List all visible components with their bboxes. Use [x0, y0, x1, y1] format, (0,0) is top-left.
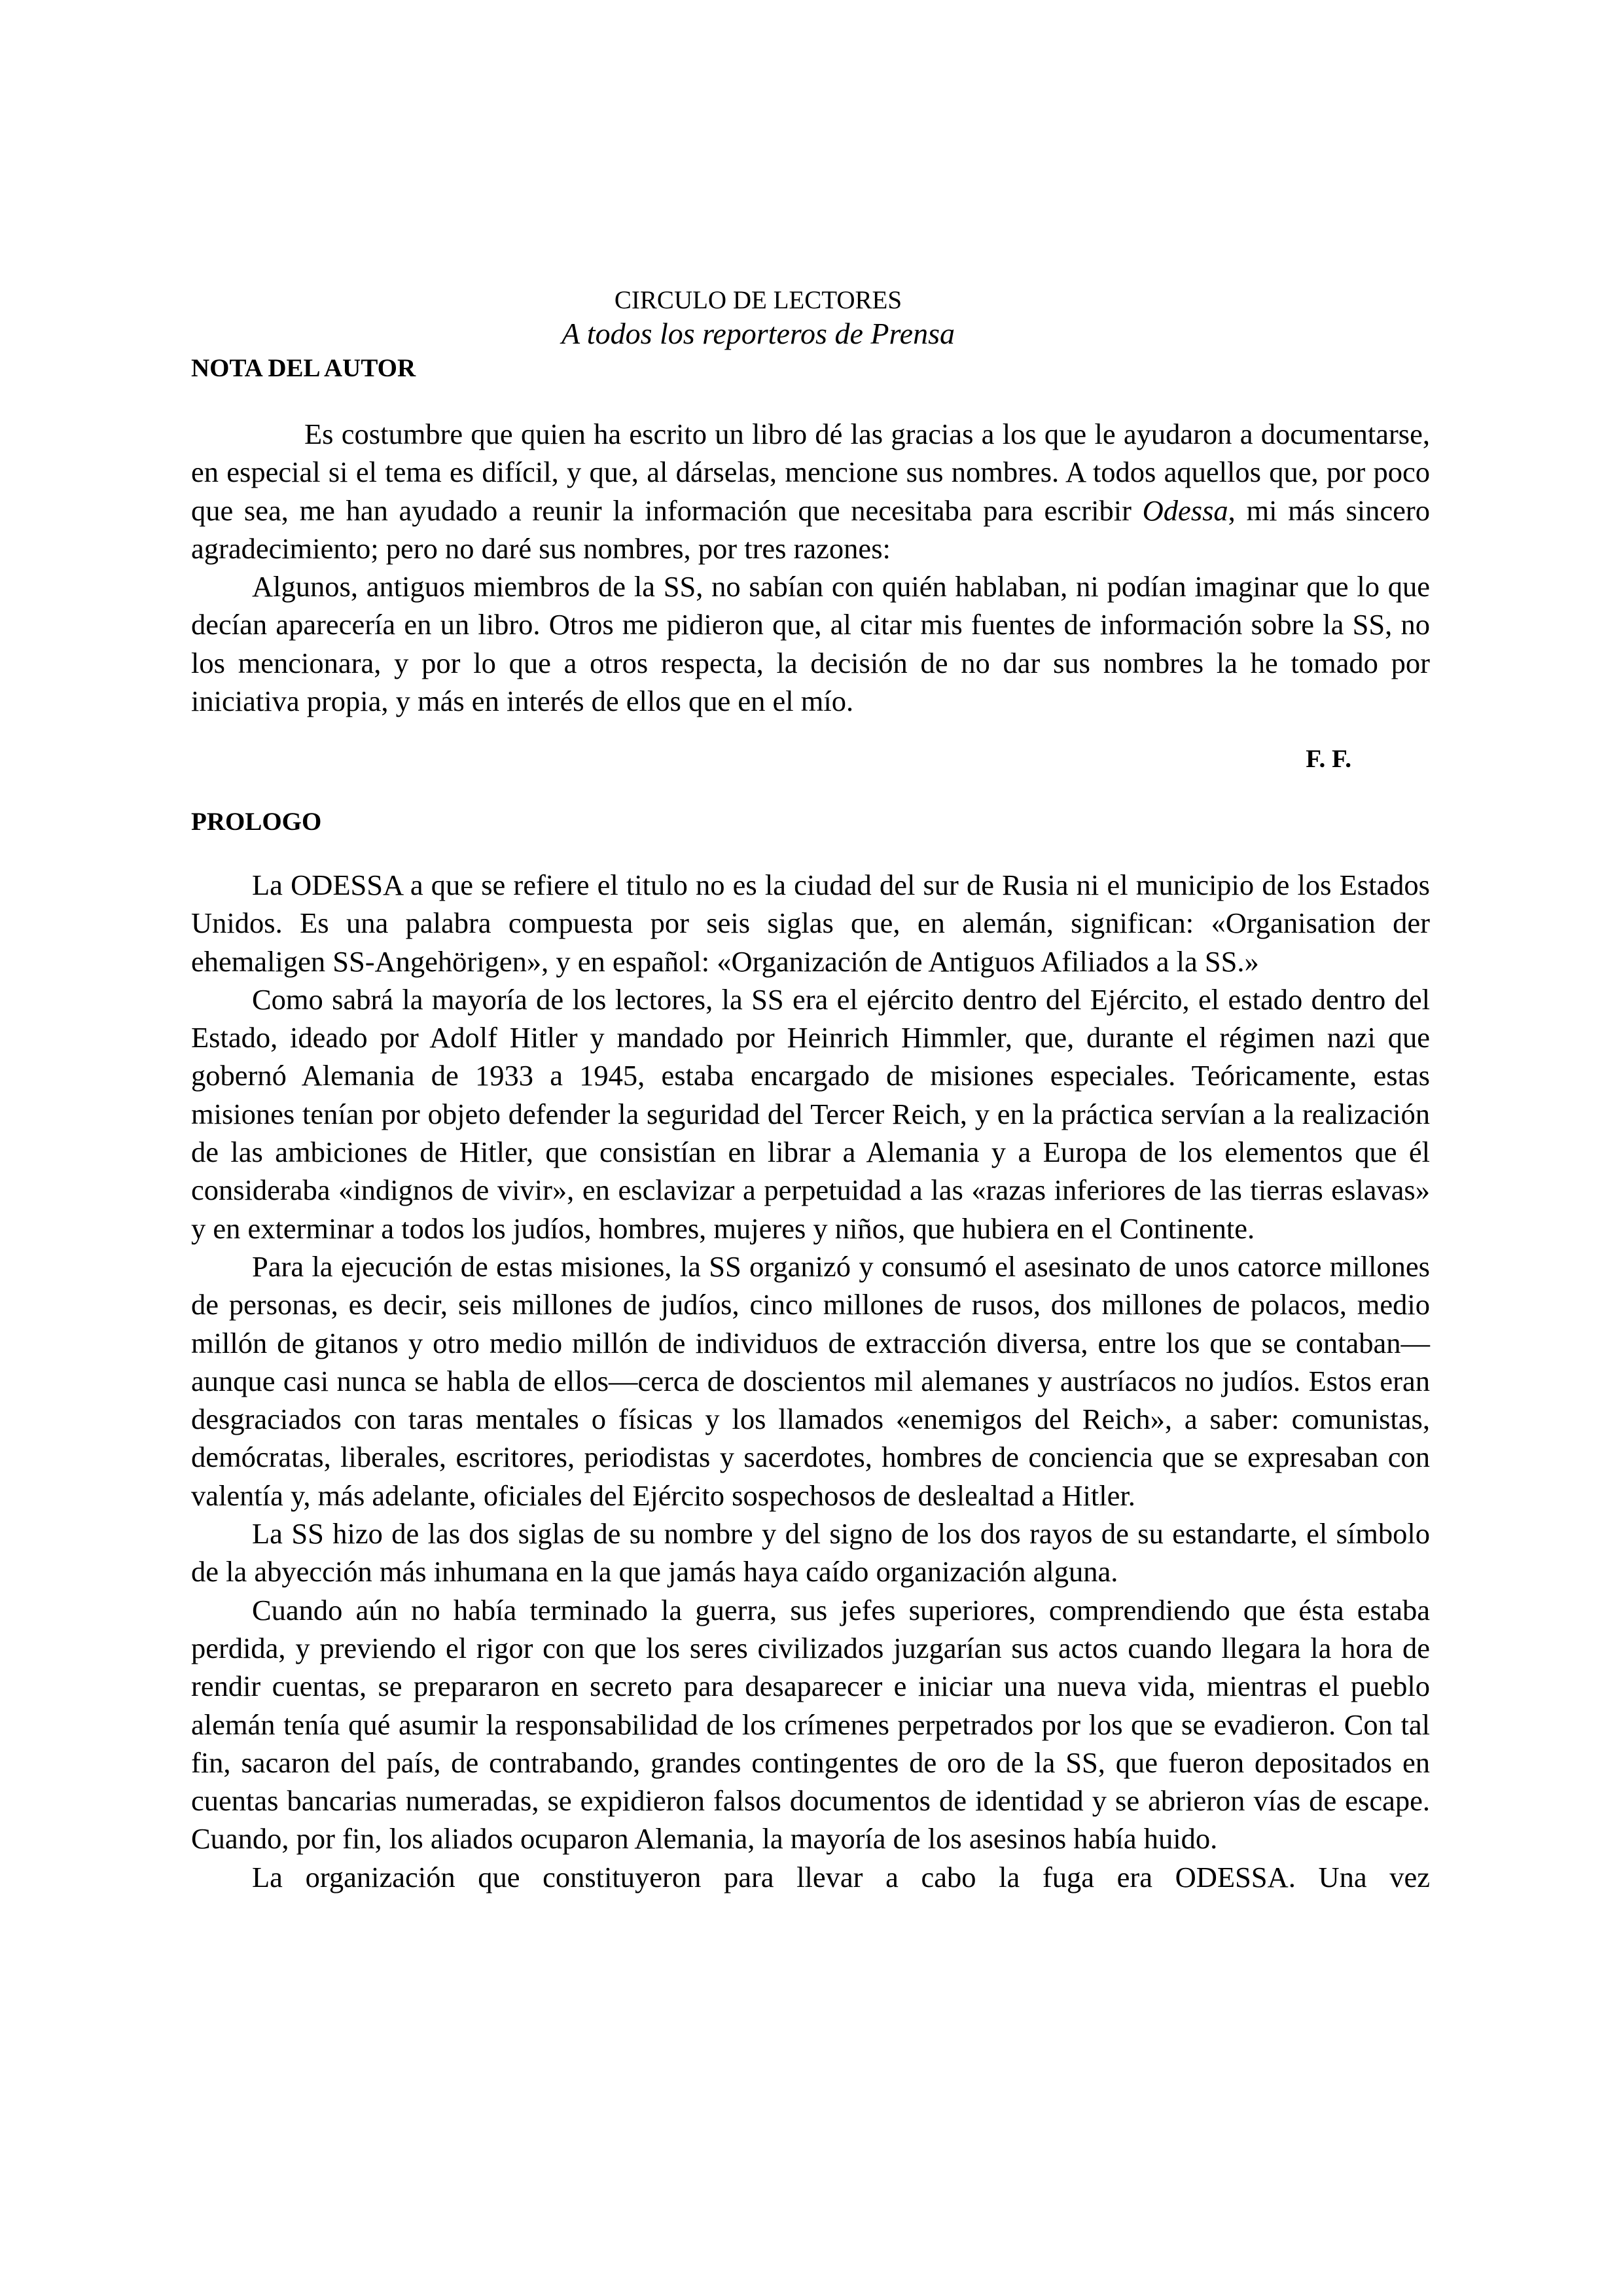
- prologue-heading: PROLOGO: [191, 807, 321, 836]
- dedication: A todos los reporteros de Prensa: [139, 316, 1378, 351]
- book-title-italic: Odessa: [1143, 494, 1228, 527]
- prologue-paragraph: Como sabrá la mayoría de los lectores, l…: [191, 980, 1430, 1247]
- author-note-paragraph: Algunos, antiguos miembros de la SS, no …: [191, 567, 1430, 720]
- author-note-paragraph: Es costumbre que quien ha escrito un lib…: [191, 415, 1430, 567]
- prologue-paragraph: Cuando aún no había terminado la guerra,…: [191, 1591, 1430, 1858]
- prologue-body: La ODESSA a que se refiere el titulo no …: [191, 866, 1430, 1896]
- prologue-paragraph: La ODESSA a que se refiere el titulo no …: [191, 866, 1430, 980]
- author-signature: F. F.: [1306, 744, 1351, 774]
- publisher-header: CIRCULO DE LECTORES: [139, 285, 1378, 315]
- author-note-body: Es costumbre que quien ha escrito un lib…: [191, 415, 1430, 720]
- author-note-heading: NOTA DEL AUTOR: [191, 353, 416, 383]
- prologue-paragraph: Para la ejecución de estas misiones, la …: [191, 1247, 1430, 1515]
- prologue-paragraph: La organización que constituyeron para l…: [191, 1858, 1430, 1896]
- prologue-paragraph: La SS hizo de las dos siglas de su nombr…: [191, 1515, 1430, 1591]
